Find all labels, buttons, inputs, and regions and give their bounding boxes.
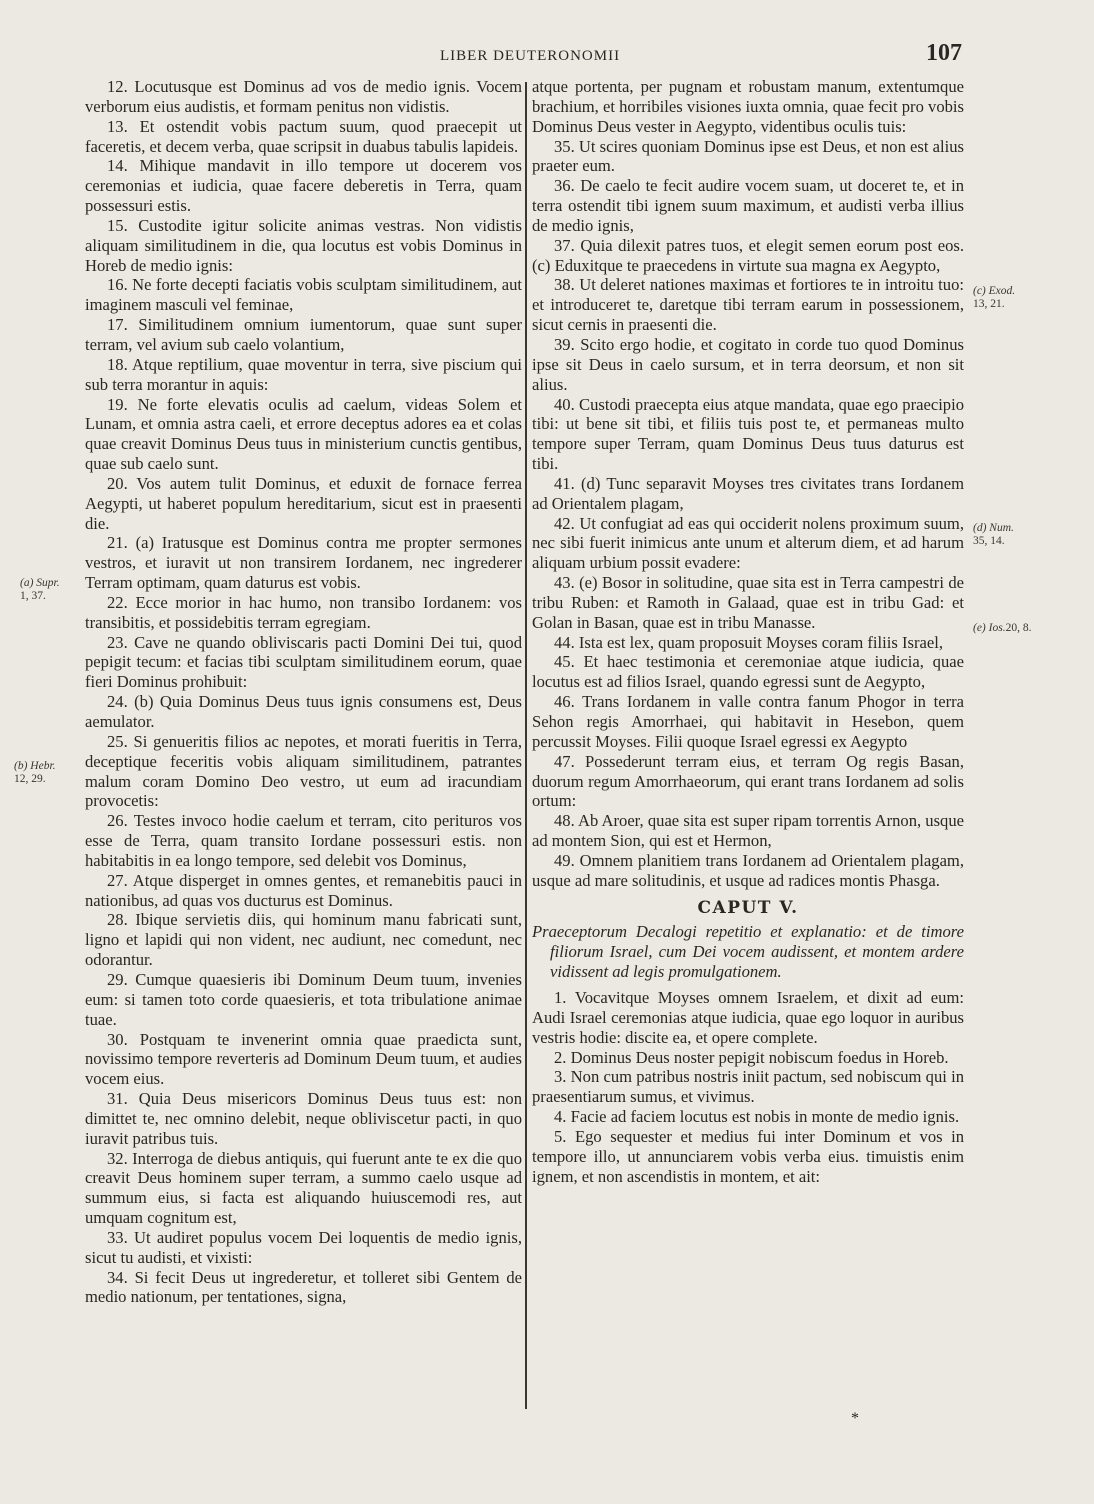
verse-5-4: 4. Facie ad faciem locutus est nobis in …: [532, 1107, 964, 1127]
verse-text: Ne forte elevatis oculis ad caelum, vide…: [85, 395, 522, 474]
verse-number: 22.: [107, 593, 128, 612]
book-page: LIBER DEUTERONOMII 107 12. Locutusque es…: [0, 0, 1094, 1504]
verse-5-5: 5. Ego sequester et medius fui inter Dom…: [532, 1127, 964, 1187]
verse-number: 16.: [107, 275, 128, 294]
verse-text: Quia Deus misericors Dominus Deus tuus e…: [85, 1089, 522, 1148]
verse-39: 39. Scito ergo hodie, et cogitato in cor…: [532, 335, 964, 395]
verse-5-3: 3. Non cum patribus nostris iniit pactum…: [532, 1067, 964, 1107]
verse-number: 31.: [107, 1089, 128, 1108]
verse-22: 22. Ecce morior in hac humo, non transib…: [85, 593, 522, 633]
signature-mark: *: [851, 1410, 859, 1428]
margin-note-label: (b) Hebr.: [14, 760, 56, 773]
verse-49: 49. Omnem planitiem trans Iordanem ad Or…: [532, 851, 964, 891]
margin-note-e: (e) Ios.20, 8.: [973, 622, 1031, 635]
verse-43: 43. (e) Bosor in solitudine, quae sita e…: [532, 573, 964, 633]
verse-text: Ut scires quoniam Dominus ipse est Deus,…: [532, 137, 964, 176]
margin-note-a: (a) Supr. 1, 37.: [20, 577, 60, 603]
verse-18: 18. Atque reptilium, quae moventur in te…: [85, 355, 522, 395]
verse-number: 40.: [554, 395, 575, 414]
verse-23: 23. Cave ne quando obliviscaris pacti Do…: [85, 633, 522, 693]
verse-number: 32.: [107, 1149, 128, 1168]
verse-number: 43.: [554, 573, 575, 592]
verse-text: Ista est lex, quam proposuit Moyses cora…: [579, 633, 943, 652]
verse-47: 47. Possederunt terram eius, et terram O…: [532, 752, 964, 812]
right-column: atque portenta, per pugnam et robustam m…: [532, 77, 964, 1186]
verse-28: 28. Ibique servietis diis, qui hominum m…: [85, 910, 522, 970]
verse-number: 15.: [107, 216, 128, 235]
margin-note-ref: 35, 14.: [973, 535, 1014, 548]
margin-note-ref: 1, 37.: [20, 590, 60, 603]
verse-37: 37. Quia dilexit patres tuos, et elegit …: [532, 236, 964, 276]
verse-number: 35.: [554, 137, 575, 156]
verse-text: (d) Tunc separavit Moyses tres civitates…: [532, 474, 964, 513]
verse-32: 32. Interroga de diebus antiquis, qui fu…: [85, 1149, 522, 1228]
verse-number: 44.: [554, 633, 575, 652]
verse-text: De caelo te fecit audire vocem suam, ut …: [532, 176, 964, 235]
verse-40: 40. Custodi praecepta eius atque mandata…: [532, 395, 964, 474]
verse-number: 47.: [554, 752, 575, 771]
verse-number: 34.: [107, 1268, 128, 1287]
column-divider: [525, 82, 527, 1409]
verse-42: 42. Ut confugiat ad eas qui occiderit no…: [532, 514, 964, 574]
verse-number: 37.: [554, 236, 575, 255]
verse-27: 27. Atque disperget in omnes gentes, et …: [85, 871, 522, 911]
verse-text: Et ostendit vobis pactum suum, quod prae…: [85, 117, 522, 156]
verse-number: 1.: [554, 988, 566, 1007]
verse-text: Custodite igitur solicite animas vestras…: [85, 216, 522, 275]
verse-48: 48. Ab Aroer, quae sita est super ripam …: [532, 811, 964, 851]
verse-46: 46. Trans Iordanem in valle contra fanum…: [532, 692, 964, 752]
verse-number: 14.: [107, 156, 128, 175]
verse-text: Vos autem tulit Dominus, et eduxit de fo…: [85, 474, 522, 533]
verse-text: (e) Bosor in solitudine, quae sita est i…: [532, 573, 964, 632]
verse-text: Locutusque est Dominus ad vos de medio i…: [85, 77, 522, 116]
verse-41: 41. (d) Tunc separavit Moyses tres civit…: [532, 474, 964, 514]
verse-text: Cumque quaesieris ibi Dominum Deum tuum,…: [85, 970, 522, 1029]
verse-5-2: 2. Dominus Deus noster pepigit nobiscum …: [532, 1048, 964, 1068]
verse-5-1: 1. Vocavitque Moyses omnem Israelem, et …: [532, 988, 964, 1048]
verse-13: 13. Et ostendit vobis pactum suum, quod …: [85, 117, 522, 157]
verse-number: 2.: [554, 1048, 566, 1067]
verse-text: Possederunt terram eius, et terram Og re…: [532, 752, 964, 811]
verse-text: Mihique mandavit in illo tempore ut doce…: [85, 156, 522, 215]
verse-text: Si fecit Deus ut ingrederetur, et toller…: [85, 1268, 522, 1307]
verse-33: 33. Ut audiret populus vocem Dei loquent…: [85, 1228, 522, 1268]
left-column: 12. Locutusque est Dominus ad vos de med…: [85, 77, 522, 1307]
verse-number: 29.: [107, 970, 128, 989]
verse-number: 33.: [107, 1228, 128, 1247]
verse-35: 35. Ut scires quoniam Dominus ipse est D…: [532, 137, 964, 177]
verse-number: 3.: [554, 1067, 566, 1086]
verse-number: 49.: [554, 851, 575, 870]
verse-25: 25. Si genueritis filios ac nepotes, et …: [85, 732, 522, 811]
margin-note-ref: 12, 29.: [14, 773, 56, 786]
margin-note-label: (c) Exod.: [973, 285, 1015, 298]
verse-text: Ne forte decepti faciatis vobis sculptam…: [85, 275, 522, 314]
verse-text: Atque reptilium, quae moventur in terra,…: [85, 355, 522, 394]
verse-number: 20.: [107, 474, 128, 493]
verse-text: Ab Aroer, quae sita est super ripam torr…: [532, 811, 964, 850]
verse-text: Ut deleret nationes maximas et fortiores…: [532, 275, 964, 334]
verse-number: 27.: [107, 871, 128, 890]
verse-14: 14. Mihique mandavit in illo tempore ut …: [85, 156, 522, 216]
verse-text: Non cum patribus nostris iniit pactum, s…: [532, 1067, 964, 1106]
verse-number: 13.: [107, 117, 128, 136]
verse-number: 4.: [554, 1107, 566, 1126]
verse-text: Scito ergo hodie, et cogitato in corde t…: [532, 335, 964, 394]
verse-text: Cave ne quando obliviscaris pacti Domini…: [85, 633, 522, 692]
verse-31: 31. Quia Deus misericors Dominus Deus tu…: [85, 1089, 522, 1149]
verse-15: 15. Custodite igitur solicite animas ves…: [85, 216, 522, 276]
verse-text: Ut audiret populus vocem Dei loquentis d…: [85, 1228, 522, 1267]
margin-note-label: (e) Ios.: [973, 622, 1006, 634]
verse-text: Quia dilexit patres tuos, et elegit seme…: [532, 236, 964, 275]
verse-number: 18.: [107, 355, 128, 374]
verse-text: Atque disperget in omnes gentes, et rema…: [85, 871, 522, 910]
verse-19: 19. Ne forte elevatis oculis ad caelum, …: [85, 395, 522, 474]
verse-38: 38. Ut deleret nationes maximas et forti…: [532, 275, 964, 335]
verse-text: Similitudinem omnium iumentorum, quae su…: [85, 315, 522, 354]
verse-number: 21.: [107, 533, 128, 552]
verse-34-continuation: atque portenta, per pugnam et robustam m…: [532, 77, 964, 137]
verse-36: 36. De caelo te fecit audire vocem suam,…: [532, 176, 964, 236]
margin-note-d: (d) Num. 35, 14.: [973, 522, 1014, 548]
verse-text: Ecce morior in hac humo, non transibo Io…: [85, 593, 522, 632]
running-title: LIBER DEUTERONOMII: [440, 48, 620, 65]
verse-number: 28.: [107, 910, 128, 929]
verse-45: 45. Et haec testimonia et ceremoniae atq…: [532, 652, 964, 692]
verse-34: 34. Si fecit Deus ut ingrederetur, et to…: [85, 1268, 522, 1308]
verse-21: 21. (a) Iratusque est Dominus contra me …: [85, 533, 522, 593]
verse-text: (a) Iratusque est Dominus contra me prop…: [85, 533, 522, 592]
verse-17: 17. Similitudinem omnium iumentorum, qua…: [85, 315, 522, 355]
verse-number: 30.: [107, 1030, 128, 1049]
margin-note-label: (d) Num.: [973, 522, 1014, 535]
margin-note-ref: 20, 8.: [1006, 622, 1032, 634]
verse-text: Testes invoco hodie caelum et terram, ci…: [85, 811, 522, 870]
verse-number: 42.: [554, 514, 575, 533]
verse-text: Ego sequester et medius fui inter Dominu…: [532, 1127, 964, 1186]
chapter-summary: Praeceptorum Decalogi repetitio et expla…: [532, 922, 964, 982]
verse-text: Trans Iordanem in valle contra fanum Pho…: [532, 692, 964, 751]
verse-number: 23.: [107, 633, 128, 652]
margin-note-ref: 13, 21.: [973, 298, 1015, 311]
margin-note-b: (b) Hebr. 12, 29.: [14, 760, 56, 786]
margin-note-c: (c) Exod. 13, 21.: [973, 285, 1015, 311]
verse-number: 41.: [554, 474, 575, 493]
verse-16: 16. Ne forte decepti faciatis vobis scul…: [85, 275, 522, 315]
verse-26: 26. Testes invoco hodie caelum et terram…: [85, 811, 522, 871]
verse-text: Ut confugiat ad eas qui occiderit nolens…: [532, 514, 964, 573]
verse-text: Et haec testimonia et ceremoniae atque i…: [532, 652, 964, 691]
verse-number: 24.: [107, 692, 128, 711]
margin-note-label: (a) Supr.: [20, 577, 60, 590]
verse-number: 48.: [554, 811, 575, 830]
verse-number: 12.: [107, 77, 128, 96]
verse-number: 5.: [554, 1127, 566, 1146]
verse-text: Postquam te invenerint omnia quae praedi…: [85, 1030, 522, 1089]
verse-number: 25.: [107, 732, 128, 751]
verse-number: 19.: [107, 395, 128, 414]
verse-44: 44. Ista est lex, quam proposuit Moyses …: [532, 633, 964, 653]
verse-text: Dominus Deus noster pepigit nobiscum foe…: [571, 1048, 949, 1067]
verse-number: 36.: [554, 176, 575, 195]
verse-text: Facie ad faciem locutus est nobis in mon…: [571, 1107, 960, 1126]
verse-number: 45.: [554, 652, 575, 671]
chapter-title: CAPUT V.: [532, 899, 964, 919]
verse-text: Si genueritis filios ac nepotes, et mora…: [85, 732, 522, 811]
verse-number: 38.: [554, 275, 575, 294]
verse-text: Interroga de diebus antiquis, qui fuerun…: [85, 1149, 522, 1228]
verse-number: 39.: [554, 335, 575, 354]
verse-text: (b) Quia Dominus Deus tuus ignis consume…: [85, 692, 522, 731]
page-number: 107: [926, 40, 962, 67]
verse-text: Omnem planitiem trans Iordanem ad Orient…: [532, 851, 964, 890]
verse-30: 30. Postquam te invenerint omnia quae pr…: [85, 1030, 522, 1090]
verse-text: Custodi praecepta eius atque mandata, qu…: [532, 395, 964, 474]
verse-text: Ibique servietis diis, qui hominum manu …: [85, 910, 522, 969]
verse-24: 24. (b) Quia Dominus Deus tuus ignis con…: [85, 692, 522, 732]
verse-text: Vocavitque Moyses omnem Israelem, et dix…: [532, 988, 964, 1047]
verse-29: 29. Cumque quaesieris ibi Dominum Deum t…: [85, 970, 522, 1030]
verse-20: 20. Vos autem tulit Dominus, et eduxit d…: [85, 474, 522, 534]
verse-number: 17.: [107, 315, 128, 334]
verse-number: 46.: [554, 692, 575, 711]
verse-12: 12. Locutusque est Dominus ad vos de med…: [85, 77, 522, 117]
verse-number: 26.: [107, 811, 128, 830]
